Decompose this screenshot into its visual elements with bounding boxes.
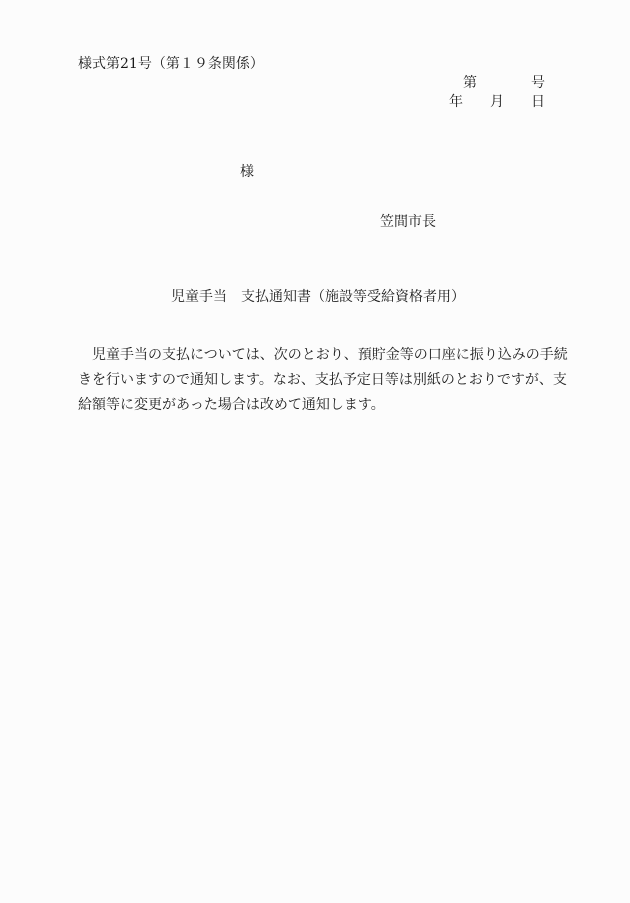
body-line-1: 児童手当の支払については、次のとおり、預貯金等の口座に振り込みの手続	[78, 348, 548, 373]
date-month-label: 月	[490, 95, 504, 109]
sender-name: 笠間市長	[380, 215, 436, 229]
recipient-honorific: 様	[240, 165, 254, 179]
doc-number-suffix: 号	[531, 76, 545, 90]
date-day-label: 日	[531, 95, 545, 109]
body-line-2: きを行いますので通知します。なお、支払予定日等は別紙のとおりですが、支	[78, 373, 548, 398]
title-part-1: 児童手当	[171, 289, 227, 305]
document-title: 児童手当支払通知書（施設等受給資格者用）	[171, 290, 465, 304]
body-paragraph: 児童手当の支払については、次のとおり、預貯金等の口座に振り込みの手続 きを行いま…	[78, 348, 548, 423]
title-part-2: 支払通知書（施設等受給資格者用）	[241, 289, 465, 305]
issue-date-row: 年 月 日	[449, 95, 545, 109]
body-line-3: 給額等に変更があった場合は改めて通知します。	[78, 398, 548, 423]
document-number-row: 第 号	[463, 76, 545, 90]
doc-number-prefix: 第	[463, 76, 477, 90]
date-year-label: 年	[449, 95, 463, 109]
form-number-label: 様式第21号（第１９条関係）	[78, 57, 264, 71]
